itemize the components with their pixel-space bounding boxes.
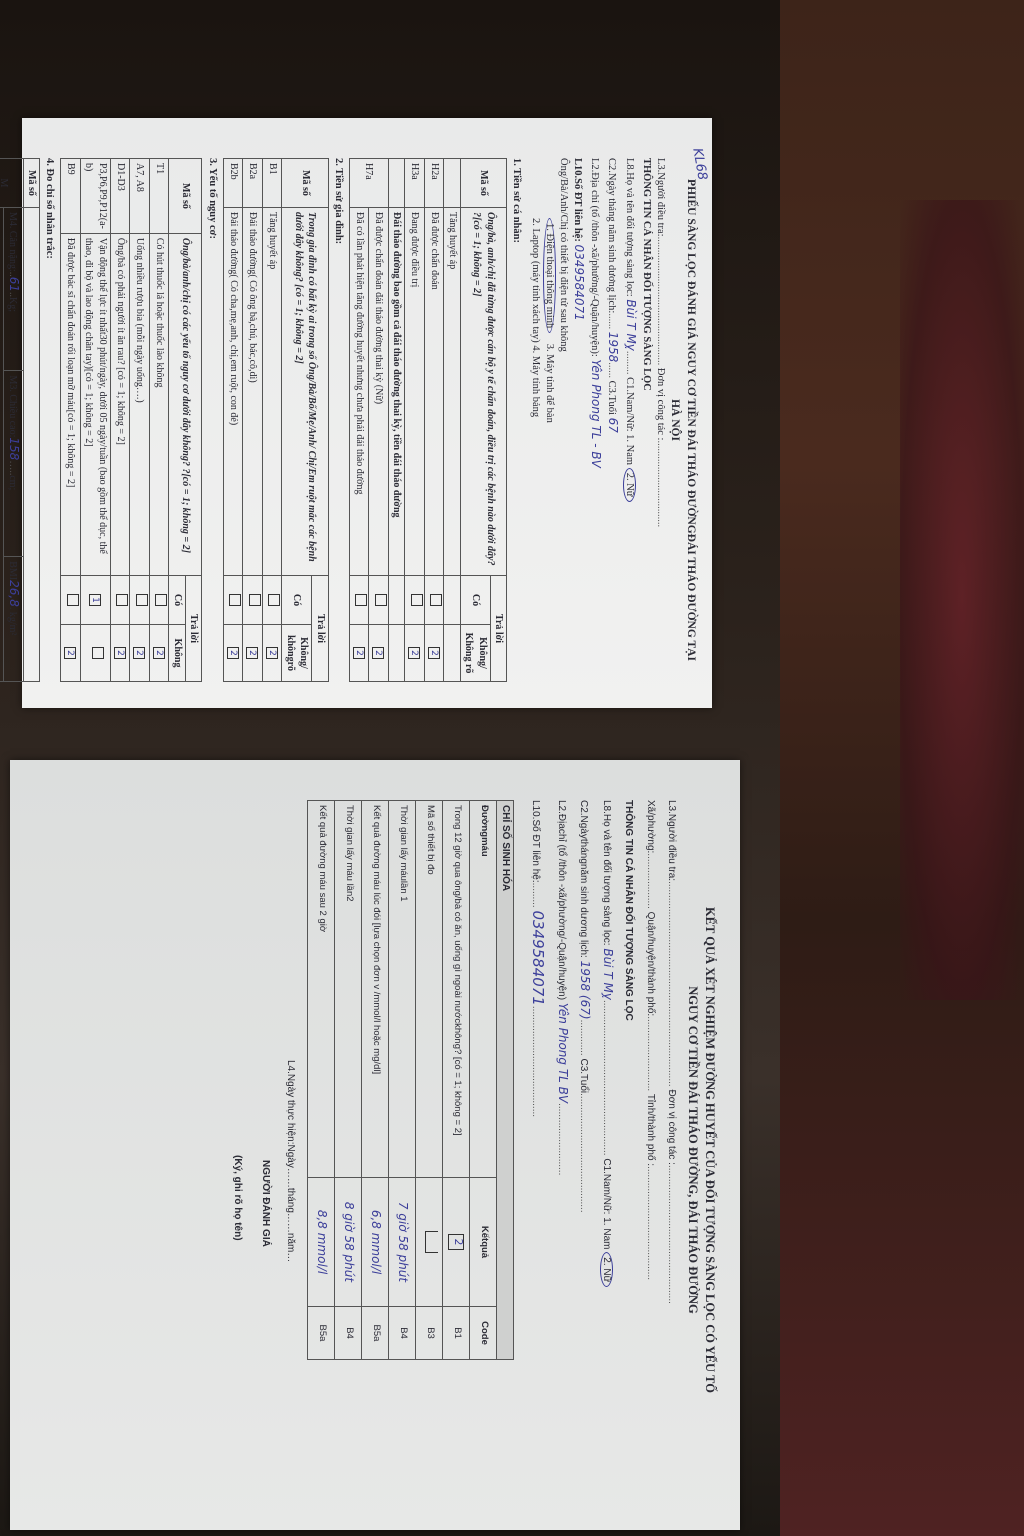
section-personal: THÔNG TIN CÁ NHÂN ĐỐI TƯỢNG SÀNG LỌC	[622, 800, 636, 1500]
table-row: H2a Đã được chẩn đoán 2	[424, 159, 444, 682]
risk-factor-table: Mã số Ông/bà/anh/chị có các yếu tố nguy …	[60, 158, 202, 682]
background-cloth	[900, 200, 1024, 1000]
table-row: P3,P6,P9,P12(a-b) Vận động thể lực ít nh…	[80, 159, 110, 682]
checkbox-yes[interactable]	[136, 594, 148, 606]
form-title: KẾT QUẢ XÉT NGHIỆM ĐƯỜNG HUYẾT CỦA ĐỐI T…	[701, 800, 718, 1500]
checkbox-yes[interactable]	[229, 594, 241, 606]
checkbox-no[interactable]: 2	[114, 647, 126, 659]
weight-field: M4. Cân nặng:..61..Kg;	[4, 208, 24, 371]
result-value[interactable]: 7 giờ 58 phút	[396, 1202, 410, 1282]
l3-row: L3.Người điều tra:......................…	[665, 800, 679, 1500]
l10-row: L10.Số ĐT liên hệ:......... 0349584071..…	[528, 800, 548, 1500]
checkbox-yes[interactable]	[116, 594, 128, 606]
table-row: B1 Tăng huyết áp 2	[262, 159, 282, 682]
result-value[interactable]: 8,8 mmol/l	[315, 1210, 329, 1274]
checkbox-no[interactable]: 2	[353, 647, 365, 659]
table-row: B9 Đã được bác sĩ chẩn đoán rối loạn mỡ …	[61, 159, 81, 682]
c3-value[interactable]: 67	[606, 418, 620, 433]
l10-value[interactable]: 0349584071	[572, 244, 586, 320]
section1-heading: 1. Tiền sử cá nhân:	[509, 158, 523, 682]
l2-row: L2.Địachỉ (tổ /thôn -xã/phường/-Quận/huy…	[554, 800, 571, 1500]
table-row: Mã số thiết bị đo B3	[416, 801, 443, 1360]
date-line: L4.Ngày thực hiện:Ngày……tháng……năm…	[284, 800, 298, 1500]
checkbox-yes[interactable]: 1	[89, 594, 101, 606]
device-option-2[interactable]: 2. Laptop (máy tính xách tay)	[530, 218, 541, 343]
form-title-2: NGUY CƠ TIỀN ĐÁI THÁO ĐƯỜNG, ĐÁI THÁO ĐƯ…	[684, 800, 701, 1500]
checkbox-yes[interactable]	[355, 594, 367, 606]
checkbox-yes[interactable]	[411, 594, 423, 606]
evaluator-label: NGƯỜI ĐÁNH GIÁ	[259, 800, 273, 1500]
checkbox-yes[interactable]	[67, 594, 79, 606]
family-history-table: Mã số Trong gia đình có bất kỳ ai trong …	[223, 158, 329, 682]
c2-value[interactable]: 1958 (67)	[578, 961, 592, 1020]
l2-value[interactable]: Yên Phong TL - BV	[589, 359, 603, 467]
form-title-city: HÀ NỘI	[667, 158, 683, 682]
table-row: Thời gian lấy máulần 1 7 giờ 58 phút B4	[389, 801, 416, 1360]
table-row: Thời gian lấy máu lần2 8 giờ 58 phút B4	[335, 801, 362, 1360]
result-value[interactable]: 2	[449, 1234, 465, 1250]
device-option-4[interactable]: 4. Máy tính bảng	[530, 345, 541, 417]
section3-heading: 3. Yếu tố nguy cơ:	[204, 158, 218, 682]
l8-row: L8.Họ và tên đối tượng sàng lọc: Bùi T M…	[621, 158, 638, 682]
blood-test-result-sheet: KẾT QUẢ XÉT NGHIỆM ĐƯỜNG HUYẾT CỦA ĐỐI T…	[10, 760, 740, 1530]
section4-heading: 4. Đo chỉ số nhân trắc:	[42, 158, 56, 682]
table-row: T1 Có hút thuốc lá hoặc thuốc lào không …	[149, 159, 169, 682]
l2-row: L2.Địa chỉ (tổ /thôn -xã/phường/-Quận/hu…	[587, 158, 604, 682]
checkbox-yes[interactable]	[249, 594, 261, 606]
c2-row: C2.Ngàythángnăm sinh dương lịch: 1958 (6…	[577, 800, 594, 1500]
section2-heading: 2. Tiền sử gia đình:	[331, 158, 345, 682]
form-title: PHIẾU SÀNG LỌC ĐÁNH GIÁ NGUY CƠ TIỀN ĐÁI…	[682, 158, 698, 682]
result-value[interactable]: 6,8 mmol/l	[369, 1210, 383, 1274]
checkbox-no[interactable]: 2	[64, 647, 76, 659]
bmi-field: BMI26,8. kg/m²	[4, 557, 24, 682]
l8-value[interactable]: Bùi T Mỵ	[624, 299, 638, 351]
result-value[interactable]	[425, 1231, 438, 1253]
anthropometric-table: Mã số M M4. Cân nặng:..61..Kg; M3. Chiều…	[0, 158, 40, 682]
section-personal: THÔNG TIN CÁ NHÂN ĐỐI TƯỢNG SÀNG LỌC	[639, 158, 653, 682]
l8-value[interactable]: Bùi T Mỵ	[601, 948, 615, 1000]
gender-selected[interactable]: 2. Nữ	[600, 1252, 613, 1287]
gender-selected[interactable]: 2. Nữ	[623, 468, 636, 502]
table-row: Trong 12 giờ qua ông/bà có ăn, uống gì n…	[443, 801, 470, 1360]
checkbox-no[interactable]: 2	[153, 647, 165, 659]
height-field: M3. Chiều cao:158…..cm;	[4, 371, 24, 557]
personal-history-table: Mã số Ông/bà, anh/chị đã từng được cán b…	[349, 158, 508, 682]
device-question: Ông/Bà/Anh/Chị có thiết bị điện tử sau k…	[556, 158, 570, 682]
table-row: H3a Đang được điều trị 2	[405, 159, 425, 682]
device-option-1[interactable]: 1. Điện thoại thông minh	[543, 218, 556, 333]
checkbox-no[interactable]: 2	[428, 647, 440, 659]
checkbox-no[interactable]: 2	[266, 647, 278, 659]
checkbox-no[interactable]: 2	[133, 647, 145, 659]
waist-field: M7. Vòng bụng:…..88…(cm);	[0, 208, 4, 682]
biochemistry-table: CHỈ SỐ SINH HÓA Đườngmáu Kếtquả Code Tro…	[308, 800, 515, 1360]
device-option-3[interactable]: 3. Máy tính để bàn	[544, 344, 555, 423]
result-value[interactable]: 8 giờ 58 phút	[342, 1202, 356, 1282]
checkbox-yes[interactable]	[268, 594, 280, 606]
screening-form-sheet: KL68 PHIẾU SÀNG LỌC ĐÁNH GIÁ NGUY CƠ TIỀ…	[22, 118, 712, 708]
checkbox-no[interactable]: 2	[227, 647, 239, 659]
c2-row: C2.Ngày tháng năm sinh dương lịch:......…	[604, 158, 621, 682]
checkbox-yes[interactable]	[430, 594, 442, 606]
l8-row: L8.Họ và tên đối tượng sàng lọc: Bùi T M…	[599, 800, 616, 1500]
table-row: B2a Đái tháo đường( Có ông bà,chú, bác,c…	[243, 159, 263, 682]
checkbox-no[interactable]	[92, 647, 104, 659]
table-row: Kết quả đường máu sau 2 giờ 8,8 mmol/l B…	[308, 801, 335, 1360]
c2-value[interactable]: 1958	[606, 332, 620, 363]
checkbox-yes[interactable]	[375, 594, 387, 606]
l3-row: L3.Người điều tra:......................…	[653, 158, 667, 682]
location-row: Xã/phường:.................... Quận/huyệ…	[643, 800, 657, 1500]
checkbox-no[interactable]: 2	[246, 647, 258, 659]
checkbox-yes[interactable]	[155, 594, 167, 606]
table-row: H7a Đã được chẩn đoán đái tháo đường tha…	[369, 159, 389, 682]
table-row: A7, A8 Uống nhiều rượu bia (mỗi ngày uốn…	[130, 159, 150, 682]
table-row: B2b Đái tháo đường( Có cha,mẹ,anh, chị,e…	[223, 159, 243, 682]
device-options: 1. Điện thoại thông minh 3. Máy tính để …	[527, 158, 555, 682]
table-row: D1-D3 Ông/bà có phải người ít ăn rau? [c…	[110, 159, 130, 682]
checkbox-no[interactable]: 2	[408, 647, 420, 659]
checkbox-no[interactable]: 2	[372, 647, 384, 659]
table-row: Đã có lần phát hiện tăng đường huyết như…	[349, 159, 369, 682]
l2-value[interactable]: Yên Phong TL BV	[556, 1003, 570, 1103]
table-row: Kết quả đường máu lúc đói [lựa chọn đơn …	[362, 801, 389, 1360]
l10-row: L10.Số ĐT liên hệ: 0349584071	[570, 158, 587, 682]
l10-value[interactable]: 0349584071	[529, 910, 547, 1005]
evaluator-note: (Ký, ghi rõ họ tên)	[231, 800, 245, 1500]
